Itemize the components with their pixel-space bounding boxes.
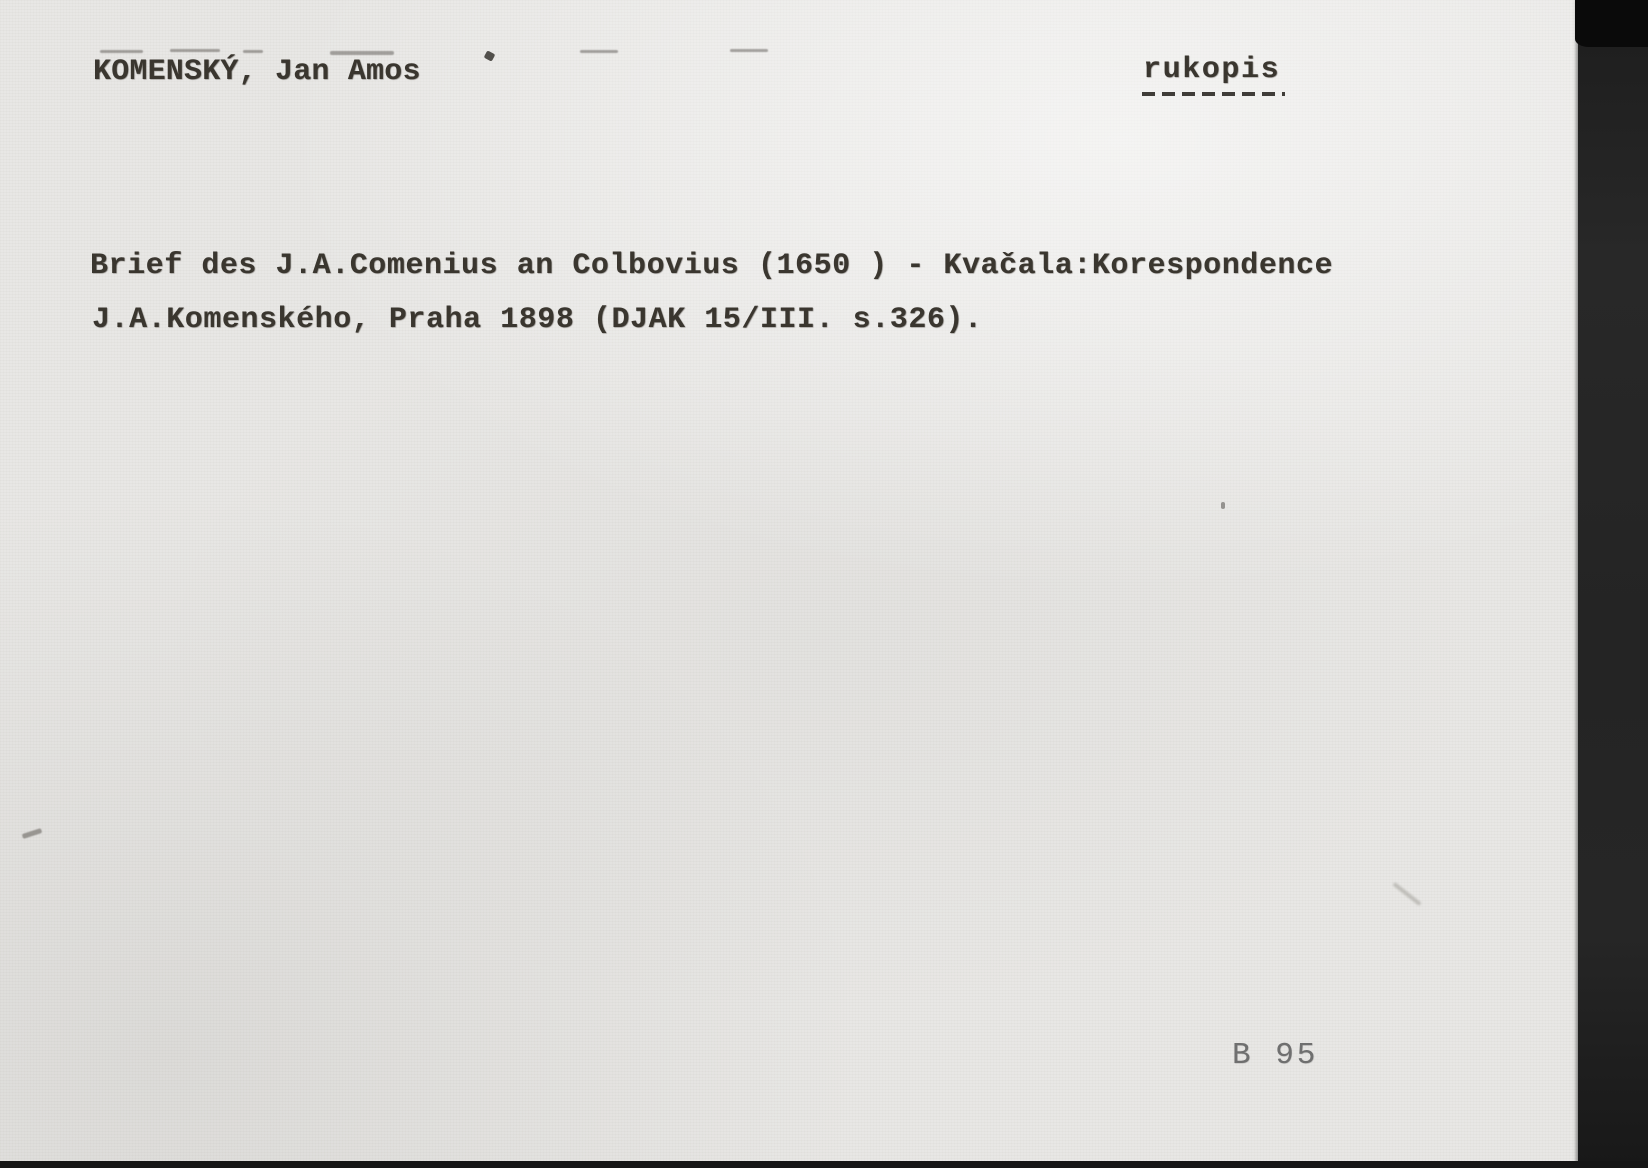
scan-bottom-edge <box>0 1161 1648 1168</box>
citation-line-2: J.A.Komenského, Praha 1898 (DJAK 15/III.… <box>92 302 983 338</box>
call-number: B 95 <box>1232 1038 1318 1074</box>
citation-line-1: Brief des J.A.Comenius an Colbovius (165… <box>90 248 1333 284</box>
category-dashed-underline <box>1142 92 1285 96</box>
ghost-dash-mark <box>243 50 263 53</box>
ghost-dash-mark <box>170 49 220 52</box>
scanned-catalog-card: KOMENSKÝ, Jan Amos rukopis Brief des J.A… <box>0 0 1648 1168</box>
author-heading: KOMENSKÝ, Jan Amos <box>93 54 421 90</box>
ghost-dash-mark <box>730 49 768 52</box>
card-paper-background <box>0 0 1648 1168</box>
ghost-dash-mark <box>580 50 618 53</box>
scanner-edge-band <box>1578 0 1648 1168</box>
ghost-dash-mark <box>100 50 143 53</box>
scanner-edge-band-top <box>1575 0 1648 47</box>
category-label: rukopis <box>1143 52 1280 88</box>
paper-speck <box>1221 502 1225 509</box>
